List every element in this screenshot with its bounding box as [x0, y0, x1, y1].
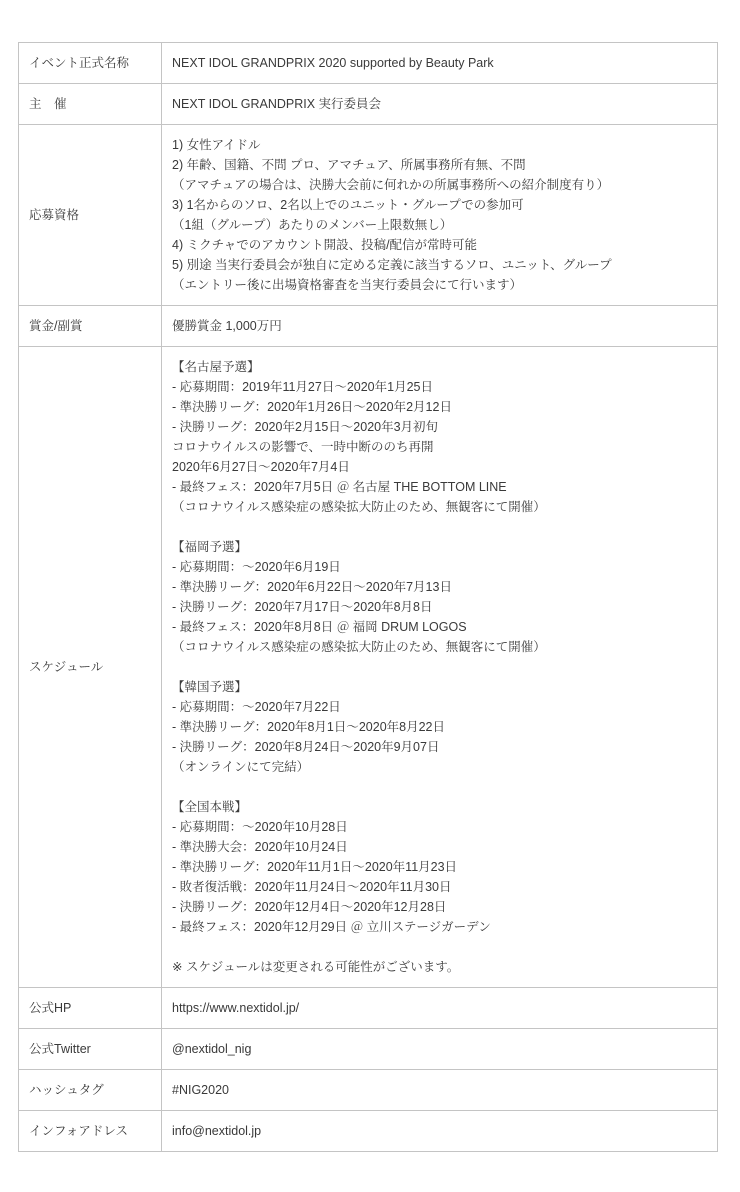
schedule-line — [172, 657, 707, 677]
row-official-hp: 公式HP https://www.nextidol.jp/ — [19, 988, 718, 1029]
schedule-line: - 準決勝リーグ：2020年6月22日～2020年7月13日 — [172, 577, 707, 597]
label-info-address: インフォアドレス — [19, 1111, 162, 1152]
label-eligibility: 応募資格 — [19, 125, 162, 306]
value-line: 5) 別途 当実行委員会が独自に定める定義に該当するソロ、ユニット、グループ — [172, 255, 707, 275]
schedule-line: （コロナウイルス感染症の感染拡大防止のため、無観客にて開催） — [172, 637, 707, 657]
schedule-line: - 最終フェス：2020年7月5日 ＠ 名古屋 THE BOTTOM LINE — [172, 477, 707, 497]
label-prize: 賞金/副賞 — [19, 306, 162, 347]
value-line: 4) ミクチャでのアカウント開設、投稿/配信が常時可能 — [172, 235, 707, 255]
row-hashtag: ハッシュタグ #NIG2020 — [19, 1070, 718, 1111]
schedule-line: - 準決勝リーグ：2020年11月1日～2020年11月23日 — [172, 857, 707, 877]
value-prize: 優勝賞金 1,000万円 — [162, 306, 718, 347]
schedule-line: - 準決勝リーグ：2020年8月1日～2020年8月22日 — [172, 717, 707, 737]
twitter-handle: @nextidol_nig — [172, 1039, 707, 1059]
schedule-line: - 応募期間：2019年11月27日～2020年1月25日 — [172, 377, 707, 397]
label-official-hp: 公式HP — [19, 988, 162, 1029]
schedule-line: - 決勝リーグ：2020年8月24日～2020年9月07日 — [172, 737, 707, 757]
value-line: 優勝賞金 1,000万円 — [172, 316, 707, 336]
row-prize: 賞金/副賞 優勝賞金 1,000万円 — [19, 306, 718, 347]
schedule-line: コロナウイルスの影響で、一時中断ののち再開 — [172, 437, 707, 457]
label-official-twitter: 公式Twitter — [19, 1029, 162, 1070]
event-info-table-body: イベント正式名称 NEXT IDOL GRANDPRIX 2020 suppor… — [19, 43, 718, 1152]
schedule-line: - 最終フェス：2020年8月8日 ＠ 福岡 DRUM LOGOS — [172, 617, 707, 637]
value-line: NEXT IDOL GRANDPRIX 2020 supported by Be… — [172, 53, 707, 73]
schedule-line: - 敗者復活戦：2020年11月24日～2020年11月30日 — [172, 877, 707, 897]
value-organizer: NEXT IDOL GRANDPRIX 実行委員会 — [162, 84, 718, 125]
schedule-line: 【福岡予選】 — [172, 537, 707, 557]
schedule-line: - 応募期間：～2020年6月19日 — [172, 557, 707, 577]
schedule-line: - 決勝リーグ：2020年12月4日～2020年12月28日 — [172, 897, 707, 917]
value-schedule: 【名古屋予選】 - 応募期間：2019年11月27日～2020年1月25日 - … — [162, 347, 718, 988]
value-line: （エントリー後に出場資格審査を当実行委員会にて行います） — [172, 275, 707, 295]
schedule-line: - 応募期間：～2020年7月22日 — [172, 697, 707, 717]
schedule-line — [172, 777, 707, 797]
schedule-line: 【全国本戦】 — [172, 797, 707, 817]
label-schedule: スケジュール — [19, 347, 162, 988]
row-organizer: 主 催 NEXT IDOL GRANDPRIX 実行委員会 — [19, 84, 718, 125]
label-hashtag: ハッシュタグ — [19, 1070, 162, 1111]
value-line: （1組（グループ）あたりのメンバー上限数無し） — [172, 215, 707, 235]
row-eligibility: 応募資格 1) 女性アイドル 2) 年齢、国籍、不問 プロ、アマチュア、所属事務… — [19, 125, 718, 306]
schedule-line: 【韓国予選】 — [172, 677, 707, 697]
schedule-line: （オンラインにて完結） — [172, 757, 707, 777]
value-line: （アマチュアの場合は、決勝大会前に何れかの所属事務所への紹介制度有り） — [172, 175, 707, 195]
event-info-table: イベント正式名称 NEXT IDOL GRANDPRIX 2020 suppor… — [18, 42, 718, 1152]
row-official-name: イベント正式名称 NEXT IDOL GRANDPRIX 2020 suppor… — [19, 43, 718, 84]
row-info-address: インフォアドレス info@nextidol.jp — [19, 1111, 718, 1152]
schedule-line: ※ スケジュールは変更される可能性がございます。 — [172, 957, 707, 977]
value-line: 2) 年齢、国籍、不問 プロ、アマチュア、所属事務所有無、不問 — [172, 155, 707, 175]
value-official-hp: https://www.nextidol.jp/ — [162, 988, 718, 1029]
schedule-line — [172, 937, 707, 957]
value-info-address: info@nextidol.jp — [162, 1111, 718, 1152]
schedule-line: - 準決勝リーグ：2020年1月26日～2020年2月12日 — [172, 397, 707, 417]
value-official-name: NEXT IDOL GRANDPRIX 2020 supported by Be… — [162, 43, 718, 84]
row-schedule: スケジュール 【名古屋予選】 - 応募期間：2019年11月27日～2020年1… — [19, 347, 718, 988]
info-email: info@nextidol.jp — [172, 1121, 707, 1141]
schedule-line: - 準決勝大会：2020年10月24日 — [172, 837, 707, 857]
label-official-name: イベント正式名称 — [19, 43, 162, 84]
schedule-line: - 決勝リーグ：2020年7月17日～2020年8月8日 — [172, 597, 707, 617]
schedule-line: （コロナウイルス感染症の感染拡大防止のため、無観客にて開催） — [172, 497, 707, 517]
row-official-twitter: 公式Twitter @nextidol_nig — [19, 1029, 718, 1070]
value-line: NEXT IDOL GRANDPRIX 実行委員会 — [172, 94, 707, 114]
schedule-line — [172, 517, 707, 537]
value-hashtag: #NIG2020 — [162, 1070, 718, 1111]
official-hp-link[interactable]: https://www.nextidol.jp/ — [172, 998, 707, 1018]
schedule-line: 2020年6月27日～2020年7月4日 — [172, 457, 707, 477]
value-line: 3) 1名からのソロ、2名以上でのユニット・グループでの参加可 — [172, 195, 707, 215]
schedule-line: - 応募期間：～2020年10月28日 — [172, 817, 707, 837]
schedule-line: - 最終フェス：2020年12月29日 ＠ 立川ステージガーデン — [172, 917, 707, 937]
schedule-line: - 決勝リーグ：2020年2月15日～2020年3月初旬 — [172, 417, 707, 437]
value-eligibility: 1) 女性アイドル 2) 年齢、国籍、不問 プロ、アマチュア、所属事務所有無、不… — [162, 125, 718, 306]
label-organizer: 主 催 — [19, 84, 162, 125]
schedule-line: 【名古屋予選】 — [172, 357, 707, 377]
hashtag-text: #NIG2020 — [172, 1080, 707, 1100]
value-official-twitter: @nextidol_nig — [162, 1029, 718, 1070]
value-line: 1) 女性アイドル — [172, 135, 707, 155]
